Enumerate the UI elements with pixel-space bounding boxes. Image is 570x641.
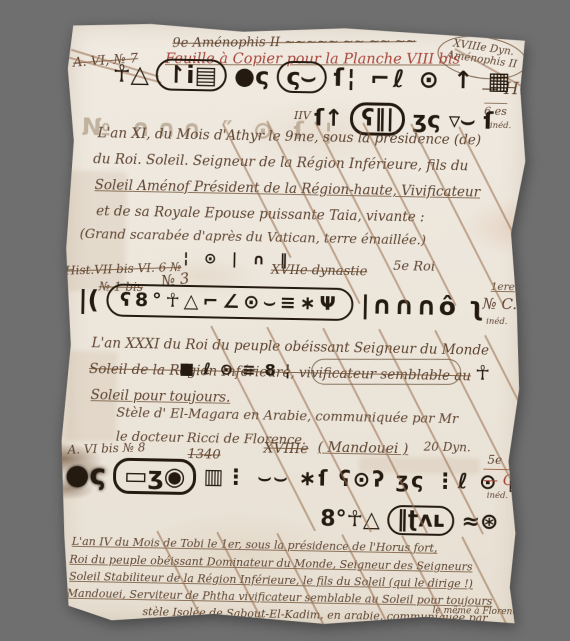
titulary-glyphs: ſ¦ ⌐ℓ ⊙ ↑ ▦ ∩ ô | — [333, 64, 570, 97]
cartouche-amenophis: ↾i▤ — [156, 58, 228, 92]
bird-land-glyphs: ʒς ▿⌣ ſ — [412, 107, 494, 135]
cartouche-mandouei: ▭ʒ◉ — [113, 458, 197, 495]
margin-sub-note: inéd. — [487, 491, 509, 501]
cancellation-stroke — [210, 325, 316, 531]
hieroglyph-row-large-cartouche: |( ʕ8°☥△⌐∠⊙⌣≡∗Ψ |∩∩∩ô ʅ — [78, 283, 486, 324]
manuscript-sheet: 9e Aménophis II ~~~~~ ~~ ~~ ~~ A. VI, № … — [56, 21, 529, 630]
cancellation-stroke — [266, 327, 372, 533]
ankh-pyramid-glyphs: 8°☥△ — [320, 506, 380, 532]
cancellation-stroke — [458, 126, 548, 301]
provenance-right-note: le même à Florence. — [432, 606, 525, 618]
titulary-glyphs: ▥⋮ ⌣⌣ ∗ſ ʕ⊙ʔ ʒς ⋮ℓ ⊙ ▤‖¦ ô ʅ — [203, 465, 570, 498]
bracket-glyphs: |( — [78, 285, 99, 314]
crossed-dynasty-label: XVIIe dynastie — [271, 263, 368, 280]
margin-plate-letter-g: — G. — [483, 469, 519, 490]
paper-surface: 9e Aménophis II ~~~~~ ~~ ~~ ~~ A. VI, № … — [56, 21, 529, 630]
glyph-overwrite: ■ℓ⊙≡8¦ — [179, 359, 300, 380]
ink-blob-duck-glyphs: ●ς — [65, 458, 107, 492]
year-count-glyphs: |∩∩∩ô ʅ — [360, 290, 486, 321]
translation-line: L'an IV du Mois de Tobi le 1er, sous la … — [72, 535, 438, 555]
margin-sub-note: inéd. — [486, 317, 508, 327]
photograph-background: 9e Aménophis II ~~~~~ ~~ ~~ ~~ A. VI, № … — [0, 0, 570, 641]
translation-line: et de sa Royale Epouse puissante Taia, v… — [96, 203, 425, 225]
glyph-overwrite-cross: ☥ — [475, 361, 490, 385]
sun-duck-glyphs: ●ς — [234, 62, 270, 91]
dynasty-count: 20 Dyn. — [424, 440, 471, 455]
large-royal-cartouche: ʕ8°☥△⌐∠⊙⌣≡∗Ψ — [106, 283, 354, 321]
translation-line: Soleil Aménof Président de la Région-hau… — [94, 177, 480, 200]
king-number-label: 5e Roi — [393, 259, 435, 275]
provenance-line: Stèle d' El-Magara en Arabie, communiqué… — [116, 406, 458, 428]
translation-line: L'an XXXI du Roi du peuple obéissant Sei… — [91, 335, 489, 359]
cartouche-prenomen: ς⌣ — [276, 61, 327, 94]
translation-line: Soleil pour toujours. — [90, 387, 230, 406]
ankh-pyramid-glyphs: ☥△ — [113, 60, 150, 89]
translation-line: du Roi. Soleil. Seigneur de la Région In… — [93, 151, 468, 174]
hieroglyph-row-lower: 8°☥△ ‖ʈʌʟ ≈⊛ — [320, 504, 499, 538]
correction-oval — [311, 359, 461, 385]
crossed-out-title: 9e Aménophis II ~~~~~ ~~ ~~ ~~ — [172, 34, 416, 51]
catalog-ref: A. VI bis № 8 — [67, 440, 145, 457]
